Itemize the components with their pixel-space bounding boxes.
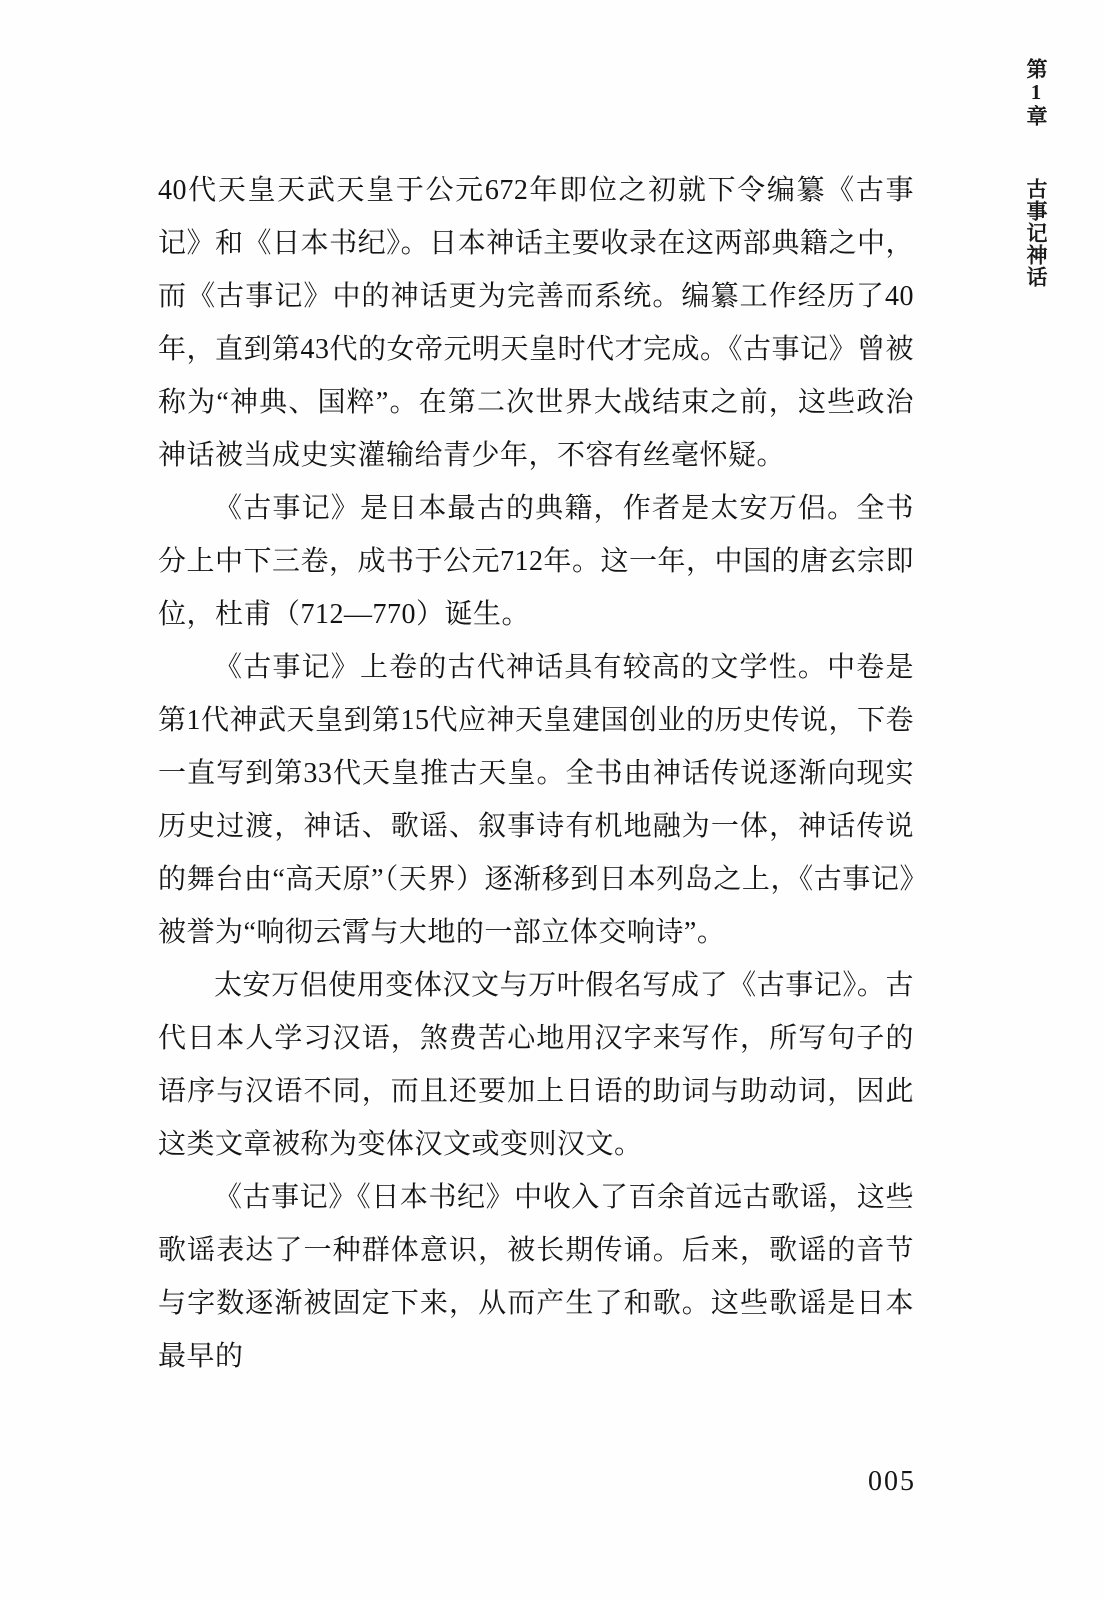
paragraph: 40代天皇天武天皇于公元672年即位之初就下令编纂《古事记》和《日本书纪》。日本… — [158, 164, 914, 482]
chapter-title: 古事记神话 — [1024, 178, 1048, 288]
chapter-number: 第1章 — [1024, 58, 1048, 127]
paragraph: 《古事记》是日本最古的典籍，作者是太安万侣。全书分上中下三卷，成书于公元712年… — [158, 482, 914, 641]
page-number: 005 — [860, 1466, 916, 1498]
chapter-marker: 第1章 古事记神话 — [1021, 58, 1051, 288]
paragraph: 太安万侣使用变体汉文与万叶假名写成了《古事记》。古代日本人学习汉语，煞费苦心地用… — [158, 959, 914, 1171]
paragraph: 《古事记》上卷的古代神话具有较高的文学性。中卷是第1代神武天皇到第15代应神天皇… — [158, 641, 914, 959]
book-page: 第1章 古事记神话 40代天皇天武天皇于公元672年即位之初就下令编纂《古事记》… — [0, 0, 1103, 1599]
paragraph: 《古事记》《日本书纪》中收入了百余首远古歌谣，这些歌谣表达了一种群体意识，被长期… — [158, 1171, 914, 1383]
text-block: 40代天皇天武天皇于公元672年即位之初就下令编纂《古事记》和《日本书纪》。日本… — [158, 164, 914, 1383]
